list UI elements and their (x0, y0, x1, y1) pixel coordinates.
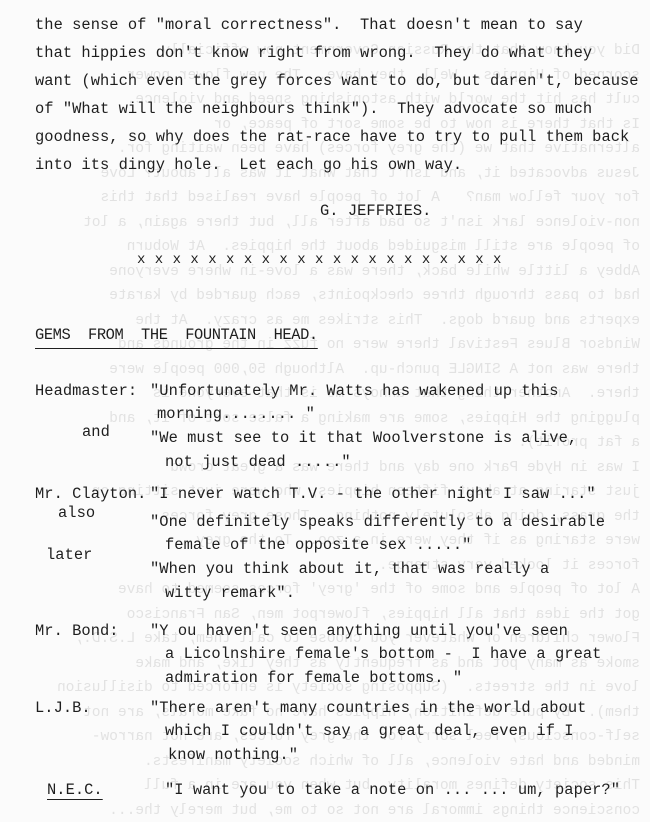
quote-line: know nothing." (168, 746, 298, 764)
speaker-label: Headmaster: (35, 382, 137, 400)
typewritten-page: the sense of "moral correctness". That d… (0, 0, 650, 822)
quote-line: "We must see to it that Woolverstone is … (150, 429, 577, 447)
quote-line: not just dead ....." (165, 453, 351, 471)
quote-line: witty remark". (165, 584, 295, 602)
author-signature: G. JEFFRIES. (320, 202, 431, 220)
quote-line: "I never watch T.V. - the other night I … (150, 485, 596, 503)
essay-line: of "What will the neighbours think"). Th… (35, 100, 592, 118)
speaker-label: N.E.C. (47, 781, 103, 799)
quote-line: "When you think about it, that was reall… (150, 560, 549, 578)
quote-line: "Unfortunately Mr. Watts has wakened up … (150, 382, 559, 400)
quote-line: "There aren't many countries in the worl… (150, 699, 586, 717)
section-separator: x x x x x x x x x x x x x x x x x x x x … (137, 252, 502, 268)
speaker-label: Mr. Clayton. (35, 485, 146, 503)
speaker-label: later (46, 546, 92, 564)
quote-line: morning........ " (157, 405, 315, 423)
speaker-label: and (82, 423, 110, 441)
quote-line: "One definitely speaks differently to a … (150, 513, 605, 531)
speaker-label: L.J.B. (35, 699, 91, 717)
section-heading: GEMS FROM THE FOUNTAIN HEAD. (35, 326, 318, 344)
quote-line: which I couldn't say a great deal, even … (165, 722, 574, 740)
quote-line: "I want you to take a note on ... ... um… (165, 781, 620, 799)
essay-line: into its dingy hole. Let each go his own… (35, 156, 462, 174)
quote-line: admiration for female bottoms. " (165, 669, 462, 687)
essay-line: want (which even the grey forces want to… (35, 72, 639, 90)
essay-line: the sense of "moral correctness". That d… (35, 16, 583, 34)
essay-line: that hippies don't know right from wrong… (35, 44, 592, 62)
quote-line: female of the opposite sex ....." (165, 536, 471, 554)
speaker-label: Mr. Bond: (35, 622, 119, 640)
essay-line: goodness, so why does the rat-race have … (35, 128, 629, 146)
speaker-label: also (58, 504, 95, 522)
quote-line: a Licolnshire female's bottom - I have a… (165, 645, 601, 663)
quote-line: "Y ou haven't seen anything until you've… (150, 622, 568, 640)
